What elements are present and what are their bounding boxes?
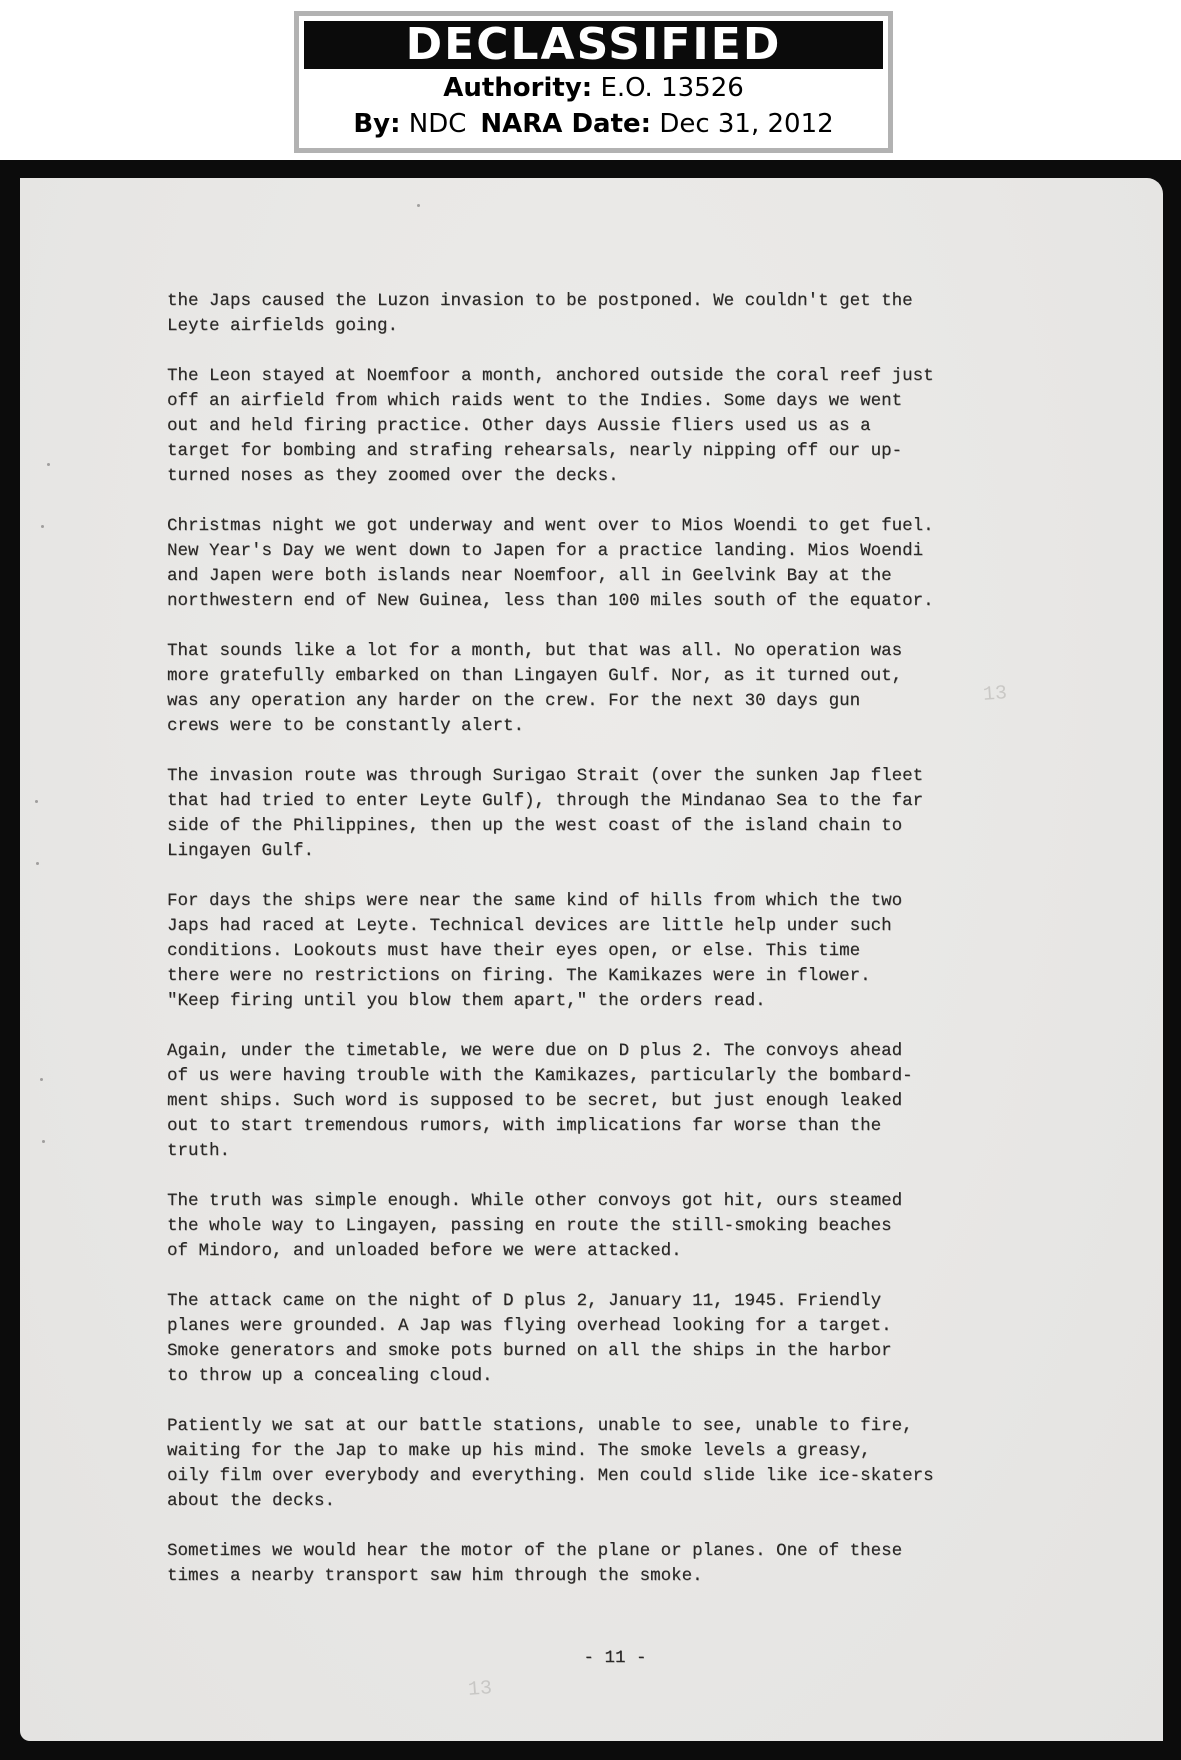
scan-black-frame: the Japs caused the Luzon invasion to be… — [0, 160, 1181, 1760]
authority-line: Authority: E.O. 13526 — [304, 72, 883, 105]
by-value: NDC — [409, 109, 467, 139]
paragraph: Christmas night we got underway and went… — [167, 514, 967, 614]
document-scan-view: DECLASSIFIED Authority: E.O. 13526 By: N… — [0, 0, 1181, 1760]
authority-label: Authority: — [443, 73, 592, 103]
by-label: By: — [353, 109, 400, 139]
paragraph: The truth was simple enough. While other… — [167, 1189, 967, 1264]
paragraph: For days the ships were near the same ki… — [167, 889, 967, 1014]
typed-text: the Japs caused the Luzon invasion to be… — [167, 289, 967, 1614]
scan-speck — [40, 1078, 43, 1081]
paragraph: the Japs caused the Luzon invasion to be… — [167, 289, 967, 339]
scan-speck — [35, 800, 38, 803]
nara-date-value: Dec 31, 2012 — [659, 109, 833, 139]
scan-artifact-mark: 13 — [467, 1677, 493, 1702]
by-date-line: By: NDCNARA Date: Dec 31, 2012 — [304, 108, 883, 141]
scan-speck — [47, 463, 50, 466]
nara-date-label: NARA Date: — [480, 109, 651, 139]
paragraph: Patiently we sat at our battle stations,… — [167, 1414, 967, 1514]
scan-speck — [417, 204, 420, 207]
declassified-banner: DECLASSIFIED — [304, 21, 883, 69]
paragraph: That sounds like a lot for a month, but … — [167, 639, 967, 739]
scan-speck — [36, 862, 39, 865]
paragraph: The Leon stayed at Noemfoor a month, anc… — [167, 364, 967, 489]
declassified-stamp: DECLASSIFIED Authority: E.O. 13526 By: N… — [294, 11, 893, 153]
paragraph: The invasion route was through Surigao S… — [167, 764, 967, 864]
scan-speck — [42, 1140, 45, 1143]
authority-value: E.O. 13526 — [600, 73, 743, 103]
paragraph: Again, under the timetable, we were due … — [167, 1039, 967, 1164]
scan-speck — [41, 525, 44, 528]
scan-artifact-mark: 13 — [982, 682, 1008, 707]
paper-page: the Japs caused the Luzon invasion to be… — [20, 178, 1163, 1741]
paragraph: Sometimes we would hear the motor of the… — [167, 1539, 967, 1589]
page-number: - 11 - — [167, 1646, 1015, 1671]
paragraph: The attack came on the night of D plus 2… — [167, 1289, 967, 1389]
